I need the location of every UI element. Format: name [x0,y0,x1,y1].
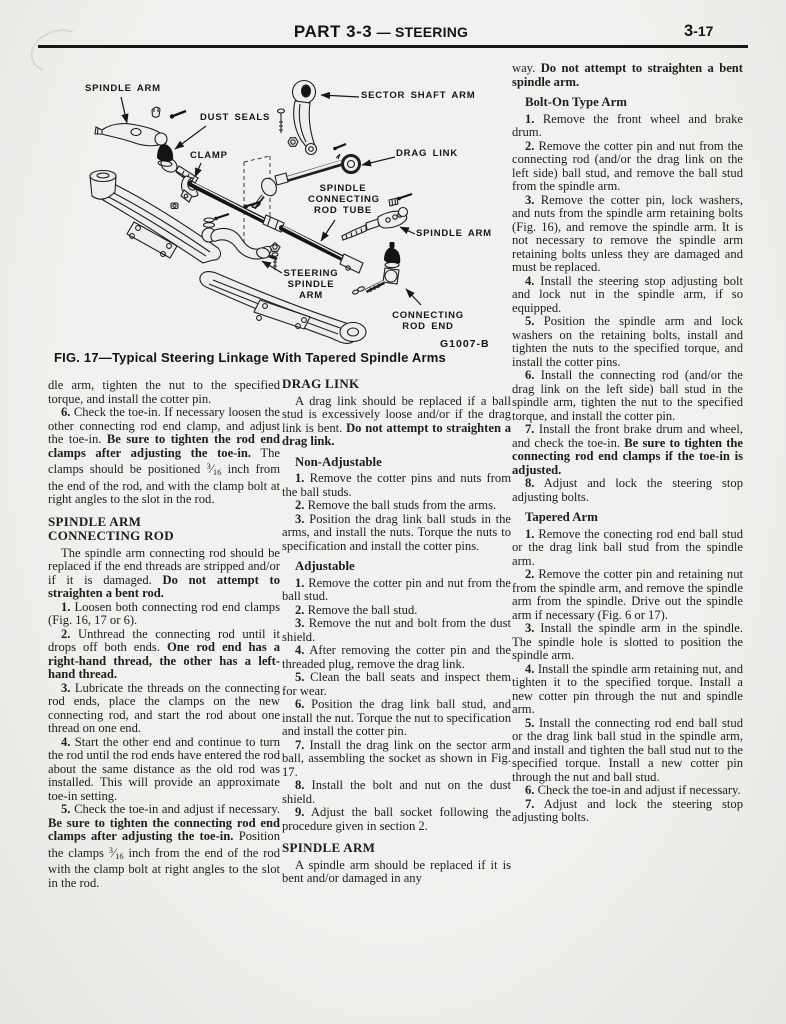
page-number-minor: -17 [693,23,713,39]
text-segment: Remove the cotter pin and retaining nut … [512,567,743,622]
paragraph: dle arm, tighten the nut to the specifie… [48,379,280,406]
label-dust-seals: DUST SEALS [200,112,270,123]
paragraph: 5. Install the connecting rod end ball s… [512,717,743,785]
text-segment: Install the spindle arm in the spindle. … [512,621,743,662]
figure-caption: FIG. 17—Typical Steering Linkage With Ta… [54,350,504,365]
paragraph: 2. Unthread the connecting rod until it … [48,628,280,682]
text-segment: Adjust and lock the steering stop adjust… [512,476,743,504]
paragraph: 1. Remove the cotter pins and nuts from … [282,472,511,499]
subsection-heading: Tapered Arm [512,511,743,525]
text-segment: way. [512,61,541,75]
section-title: — STEERING [377,24,468,40]
paragraph: 7. Adjust and lock the steering stop adj… [512,798,743,825]
paragraph: 3. Lubricate the threads on the connecti… [48,682,280,736]
paragraph: The spindle arm connecting rod should be… [48,547,280,601]
paragraph: way. Do not attempt to straighten a bent… [512,62,743,89]
header-rule [38,45,748,48]
column-middle: DRAG LINKA drag link should be replaced … [282,377,511,886]
text-segment: Clean the ball seats and inspect them fo… [282,670,511,698]
text-segment: Install the spindle arm retaining nut, a… [512,662,743,717]
label-spindle-connecting-rod-tube: SPINDLE CONNECTING ROD TUBE [308,183,378,216]
paragraph: 6. Check the toe-in and adjust if necess… [512,784,743,798]
paragraph: 7. Install the front brake drum and whee… [512,423,743,477]
label-spindle-arm-top-left: SPINDLE ARM [85,83,161,94]
text-segment: Remove the cotter pin and nut from the b… [282,576,511,604]
text-segment: Remove the ball studs from the arms. [304,498,496,512]
bold-text-segment: Do not attempt to straighten a bent spin… [512,61,743,89]
paragraph: A drag link should be replaced if a ball… [282,395,511,449]
paragraph: 4. Install the steering stop adjusting b… [512,275,743,316]
subsection-heading: Bolt-On Type Arm [512,96,743,110]
text-segment: Position the spindle arm and lock washer… [512,314,743,369]
text-segment: Lubricate the threads on the connecting … [48,681,280,736]
text-segment: Position the drag link ball stud, and in… [282,697,511,738]
text-segment: Install the bolt and nut on the dust shi… [282,778,511,806]
paragraph: 2. Remove the cotter pin and nut from th… [512,140,743,194]
paragraph: 2. Remove the ball studs from the arms. [282,499,511,513]
paragraph: 8. Install the bolt and nut on the dust … [282,779,511,806]
label-sector-shaft-arm: SECTOR SHAFT ARM [361,90,475,101]
paragraph: 6. Install the connecting rod (and/or th… [512,369,743,423]
paragraph: 9. Adjust the ball socket following the … [282,806,511,833]
paragraph: 3. Remove the cotter pin, lock washers, … [512,194,743,275]
page-header: PART 3-3 — STEERING [294,22,468,42]
text-segment: Install the connecting rod (and/or the d… [512,368,743,423]
text-segment: Remove the cotter pins and nuts from the… [282,471,511,499]
figure-ref-code: G1007-B [440,338,490,350]
section-heading: SPINDLE ARM CONNECTING ROD [48,515,280,544]
paragraph: 4. Start the other end and continue to t… [48,736,280,804]
paragraph: 3. Install the spindle arm in the spindl… [512,622,743,663]
section-heading: SPINDLE ARM [282,841,511,856]
paragraph: 6. Check the toe-in. If necessary loosen… [48,406,280,507]
label-drag-link: DRAG LINK [396,148,458,159]
text-segment: Remove the ball stud. [304,603,417,617]
paragraph: 5. Clean the ball seats and inspect them… [282,671,511,698]
text-segment: Position the drag link ball studs in the… [282,512,511,553]
text-segment: dle arm, tighten the nut to the specifie… [48,378,280,406]
figure-17: SPINDLE ARM DUST SEALS CLAMP SECTOR SHAF… [48,70,503,370]
text-segment: Remove the nut and bolt from the dust sh… [282,616,511,644]
text-segment: After removing the cotter pin and the th… [282,643,511,671]
column-right: way. Do not attempt to straighten a bent… [512,62,743,825]
paragraph: 1. Remove the front wheel and brake drum… [512,113,743,140]
paragraph: 5. Position the spindle arm and lock was… [512,315,743,369]
text-segment: Adjust and lock the steering stop adjust… [512,797,743,825]
label-clamp: CLAMP [190,150,228,161]
label-steering-spindle-arm: STEERING SPINDLE ARM [279,268,343,301]
text-segment: Check the toe-in and adjust if necessary… [534,783,740,797]
paragraph: 4. After removing the cotter pin and the… [282,644,511,671]
paragraph: 6. Position the drag link ball stud, and… [282,698,511,739]
text-segment: Remove the conecting rod end ball stud o… [512,527,743,568]
manual-page: PART 3-3 — STEERING 3-17 [0,0,786,1024]
text-segment: Install the drag link on the sector arm … [282,738,511,779]
paragraph: 5. Check the toe-in and adjust if necess… [48,803,280,890]
paragraph: 8. Adjust and lock the steering stop adj… [512,477,743,504]
paragraph: 2. Remove the cotter pin and retaining n… [512,568,743,622]
text-segment: Remove the front wheel and brake drum. [512,112,743,140]
text-segment: 3⁄16 [207,462,222,476]
paragraph: 1. Remove the conecting rod end ball stu… [512,528,743,569]
text-segment: Check the toe-in and adjust if necessary… [70,802,280,816]
paragraph: 7. Install the drag link on the sector a… [282,739,511,780]
subsection-heading: Adjustable [282,560,511,574]
section-heading: DRAG LINK [282,377,511,392]
text-segment: Loosen both connecting rod end clamps (F… [48,600,280,628]
text-segment: A spindle arm should be replaced if it i… [282,858,511,886]
text-segment: Adjust the ball socket following the pro… [282,805,511,833]
paragraph: 3. Remove the nut and bolt from the dust… [282,617,511,644]
paragraph: A spindle arm should be replaced if it i… [282,859,511,886]
paragraph: 1. Remove the cotter pin and nut from th… [282,577,511,604]
paragraph: 2. Remove the ball stud. [282,604,511,618]
text-segment: Install the steering stop adjusting bolt… [512,274,743,315]
text-segment: Start the other end and continue to turn… [48,735,280,803]
page-number: 3-17 [684,22,713,41]
text-segment: Remove the cotter pin and nut from the c… [512,139,743,194]
paragraph: 1. Loosen both connecting rod end clamps… [48,601,280,628]
label-connecting-rod-end: CONNECTING ROD END [391,310,465,332]
paragraph: 3. Position the drag link ball studs in … [282,513,511,554]
column-left: dle arm, tighten the nut to the specifie… [48,379,280,890]
text-segment: Install the connecting rod end ball stud… [512,716,743,784]
label-spindle-arm-right: SPINDLE ARM [416,228,492,239]
subsection-heading: Non-Adjustable [282,456,511,470]
part-title: PART 3-3 [294,22,372,41]
text-segment: 3⁄16 [109,846,124,860]
paragraph: 4. Install the spindle arm retaining nut… [512,663,743,717]
text-segment: Remove the cotter pin, lock washers, and… [512,193,743,275]
page-number-major: 3 [684,22,693,40]
